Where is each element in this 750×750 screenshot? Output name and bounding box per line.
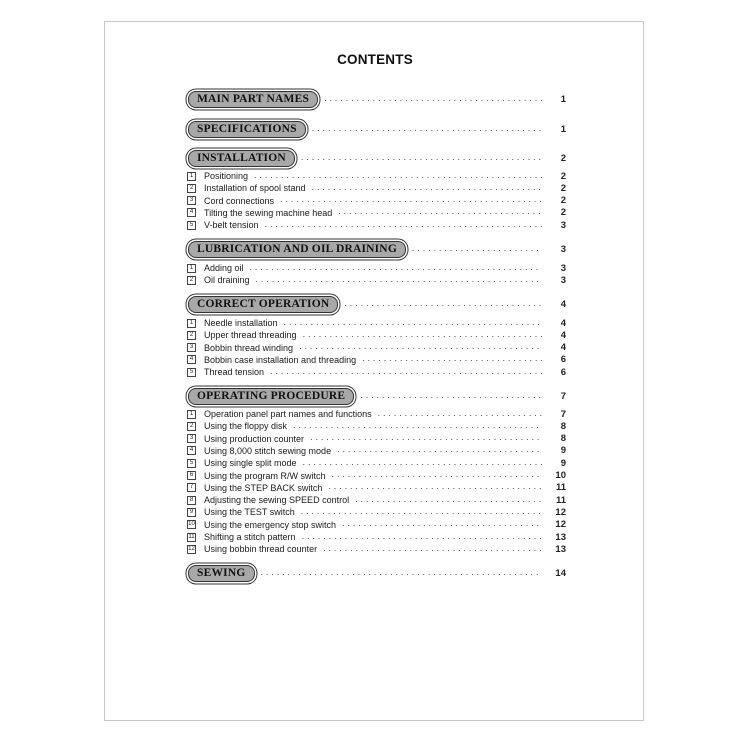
toc-item[interactable]: 7Using the STEP BACK switch11 bbox=[186, 482, 566, 494]
page-number: 12 bbox=[548, 507, 566, 518]
page-number: 10 bbox=[548, 470, 566, 481]
item-label: Using bobbin thread counter bbox=[204, 544, 317, 554]
item-number-box: 12 bbox=[187, 545, 196, 554]
item-number-box: 5 bbox=[187, 368, 196, 377]
toc-section[interactable]: INSTALLATION2 bbox=[186, 149, 566, 167]
item-label: Adding oil bbox=[204, 263, 244, 273]
item-label: Using the floppy disk bbox=[204, 421, 287, 431]
page-number: 3 bbox=[548, 220, 566, 231]
dot-leader bbox=[254, 171, 542, 182]
item-label: Tilting the sewing machine head bbox=[204, 208, 332, 218]
item-label: Using the program R/W switch bbox=[204, 471, 326, 481]
page-number: 4 bbox=[548, 299, 566, 310]
item-label: Shifting a stitch pattern bbox=[204, 532, 296, 542]
dot-leader bbox=[301, 153, 542, 164]
dot-leader bbox=[280, 195, 542, 206]
toc-section[interactable]: LUBRICATION AND OIL DRAINING3 bbox=[186, 240, 566, 258]
page-number: 11 bbox=[548, 495, 566, 506]
dot-leader bbox=[323, 544, 542, 555]
toc-item[interactable]: 11Shifting a stitch pattern13 bbox=[186, 531, 566, 543]
dot-leader bbox=[344, 299, 542, 310]
item-label: Operation panel part names and functions bbox=[204, 409, 372, 419]
dot-leader bbox=[338, 207, 542, 218]
item-number-box: 10 bbox=[187, 520, 196, 529]
item-number-box: 5 bbox=[187, 459, 196, 468]
page-title: CONTENTS bbox=[0, 52, 750, 67]
toc-item[interactable]: 3Cord connections2 bbox=[186, 195, 566, 207]
page-number: 12 bbox=[548, 519, 566, 530]
toc-section[interactable]: CORRECT OPERATION4 bbox=[186, 295, 566, 313]
toc-item[interactable]: 12Using bobbin thread counter13 bbox=[186, 543, 566, 555]
item-number-box: 1 bbox=[187, 319, 196, 328]
item-number-box: 2 bbox=[187, 331, 196, 340]
item-label: Bobbin thread winding bbox=[204, 343, 293, 353]
dot-leader bbox=[312, 124, 542, 135]
page-number: 8 bbox=[548, 421, 566, 432]
toc-item[interactable]: 8Adjusting the sewing SPEED control11 bbox=[186, 494, 566, 506]
page-number: 13 bbox=[548, 544, 566, 555]
section-heading: INSTALLATION bbox=[188, 150, 295, 167]
section-heading: SEWING bbox=[188, 565, 255, 582]
item-number-box: 6 bbox=[187, 471, 196, 480]
dot-leader bbox=[328, 482, 542, 493]
item-label: Adjusting the sewing SPEED control bbox=[204, 495, 349, 505]
page-number: 2 bbox=[548, 171, 566, 182]
toc-section[interactable]: OPERATING PROCEDURE7 bbox=[186, 387, 566, 405]
toc-item[interactable]: 9Using the TEST switch12 bbox=[186, 506, 566, 518]
section-heading: LUBRICATION AND OIL DRAINING bbox=[188, 241, 406, 258]
dot-leader bbox=[360, 391, 542, 402]
page-number: 7 bbox=[548, 409, 566, 420]
dot-leader bbox=[299, 342, 542, 353]
item-label: Using 8,000 stitch sewing mode bbox=[204, 446, 331, 456]
page-number: 7 bbox=[548, 391, 566, 402]
toc-item[interactable]: 5Using single split mode9 bbox=[186, 457, 566, 469]
toc-item[interactable]: 1Positioning2 bbox=[186, 170, 566, 182]
item-label: Using the TEST switch bbox=[204, 507, 295, 517]
item-label: Upper thread threading bbox=[204, 330, 297, 340]
item-label: Installation of spool stand bbox=[204, 183, 306, 193]
item-label: Needle installation bbox=[204, 318, 278, 328]
page-number: 11 bbox=[548, 482, 566, 493]
page-number: 1 bbox=[548, 94, 566, 105]
toc-section[interactable]: SPECIFICATIONS1 bbox=[186, 120, 566, 138]
toc-item[interactable]: 1Adding oil3 bbox=[186, 262, 566, 274]
section-heading: OPERATING PROCEDURE bbox=[188, 388, 354, 405]
dot-leader bbox=[256, 275, 542, 286]
toc-item[interactable]: 4Bobbin case installation and threading6 bbox=[186, 354, 566, 366]
page-number: 9 bbox=[548, 445, 566, 456]
toc-section[interactable]: SEWING14 bbox=[186, 564, 566, 582]
toc-item[interactable]: 1Needle installation4 bbox=[186, 317, 566, 329]
toc-item[interactable]: 10Using the emergency stop switch12 bbox=[186, 519, 566, 531]
dot-leader bbox=[261, 568, 543, 579]
page-number: 1 bbox=[548, 124, 566, 135]
item-label: Bobbin case installation and threading bbox=[204, 355, 356, 365]
item-label: Using the emergency stop switch bbox=[204, 520, 336, 530]
item-number-box: 7 bbox=[187, 483, 196, 492]
dot-leader bbox=[284, 318, 542, 329]
item-number-box: 2 bbox=[187, 422, 196, 431]
toc-section[interactable]: MAIN PART NAMES1 bbox=[186, 90, 566, 108]
dot-leader bbox=[412, 244, 542, 255]
toc-item[interactable]: 5V-belt tension3 bbox=[186, 219, 566, 231]
dot-leader bbox=[312, 183, 542, 194]
dot-leader bbox=[355, 495, 542, 506]
page-number: 2 bbox=[548, 153, 566, 164]
item-label: Positioning bbox=[204, 171, 248, 181]
dot-leader bbox=[332, 470, 542, 481]
page-number: 3 bbox=[548, 263, 566, 274]
page-number: 2 bbox=[548, 207, 566, 218]
page-number: 6 bbox=[548, 367, 566, 378]
toc-item[interactable]: 3Using production counter8 bbox=[186, 433, 566, 445]
toc-item[interactable]: 4Tilting the sewing machine head2 bbox=[186, 207, 566, 219]
toc-item[interactable]: 2Upper thread threading4 bbox=[186, 329, 566, 341]
item-number-box: 8 bbox=[187, 496, 196, 505]
section-heading: CORRECT OPERATION bbox=[188, 296, 338, 313]
item-label: Thread tension bbox=[204, 367, 264, 377]
dot-leader bbox=[293, 421, 542, 432]
page-number: 6 bbox=[548, 354, 566, 365]
dot-leader bbox=[337, 445, 542, 456]
item-label: V-belt tension bbox=[204, 220, 259, 230]
item-number-box: 5 bbox=[187, 221, 196, 230]
toc-item[interactable]: 4Using 8,000 stitch sewing mode9 bbox=[186, 445, 566, 457]
item-number-box: 3 bbox=[187, 343, 196, 352]
dot-leader bbox=[324, 94, 542, 105]
toc-item[interactable]: 5Thread tension6 bbox=[186, 366, 566, 378]
dot-leader bbox=[301, 507, 542, 518]
dot-leader bbox=[342, 519, 542, 530]
dot-leader bbox=[362, 354, 542, 365]
item-number-box: 3 bbox=[187, 434, 196, 443]
page-number: 4 bbox=[548, 342, 566, 353]
item-label: Using production counter bbox=[204, 434, 304, 444]
page-number: 2 bbox=[548, 195, 566, 206]
item-label: Using single split mode bbox=[204, 458, 297, 468]
item-number-box: 3 bbox=[187, 196, 196, 205]
section-heading: SPECIFICATIONS bbox=[188, 121, 306, 138]
page-number: 3 bbox=[548, 244, 566, 255]
item-label: Using the STEP BACK switch bbox=[204, 483, 322, 493]
item-number-box: 1 bbox=[187, 264, 196, 273]
item-number-box: 4 bbox=[187, 446, 196, 455]
section-heading: MAIN PART NAMES bbox=[188, 91, 318, 108]
item-number-box: 2 bbox=[187, 184, 196, 193]
item-label: Cord connections bbox=[204, 196, 274, 206]
toc-item[interactable]: 1Operation panel part names and function… bbox=[186, 408, 566, 420]
toc-item[interactable]: 3Bobbin thread winding4 bbox=[186, 342, 566, 354]
toc-item[interactable]: 2Installation of spool stand2 bbox=[186, 182, 566, 194]
item-number-box: 9 bbox=[187, 508, 196, 517]
dot-leader bbox=[310, 433, 542, 444]
dot-leader bbox=[378, 409, 542, 420]
dot-leader bbox=[303, 458, 542, 469]
toc-item[interactable]: 2Oil draining3 bbox=[186, 274, 566, 286]
page-number: 4 bbox=[548, 318, 566, 329]
page-number: 4 bbox=[548, 330, 566, 341]
item-number-box: 1 bbox=[187, 410, 196, 419]
page-number: 13 bbox=[548, 532, 566, 543]
item-label: Oil draining bbox=[204, 275, 250, 285]
item-number-box: 2 bbox=[187, 276, 196, 285]
page-number: 3 bbox=[548, 275, 566, 286]
dot-leader bbox=[303, 330, 542, 341]
page-number: 9 bbox=[548, 458, 566, 469]
item-number-box: 4 bbox=[187, 355, 196, 364]
dot-leader bbox=[270, 367, 542, 378]
item-number-box: 11 bbox=[187, 533, 196, 542]
dot-leader bbox=[302, 532, 542, 543]
dot-leader bbox=[250, 263, 542, 274]
toc-item[interactable]: 6Using the program R/W switch10 bbox=[186, 470, 566, 482]
page-number: 2 bbox=[548, 183, 566, 194]
page-number: 8 bbox=[548, 433, 566, 444]
dot-leader bbox=[265, 220, 542, 231]
page-number: 14 bbox=[548, 568, 566, 579]
item-number-box: 4 bbox=[187, 208, 196, 217]
item-number-box: 1 bbox=[187, 172, 196, 181]
toc-item[interactable]: 2Using the floppy disk8 bbox=[186, 420, 566, 432]
